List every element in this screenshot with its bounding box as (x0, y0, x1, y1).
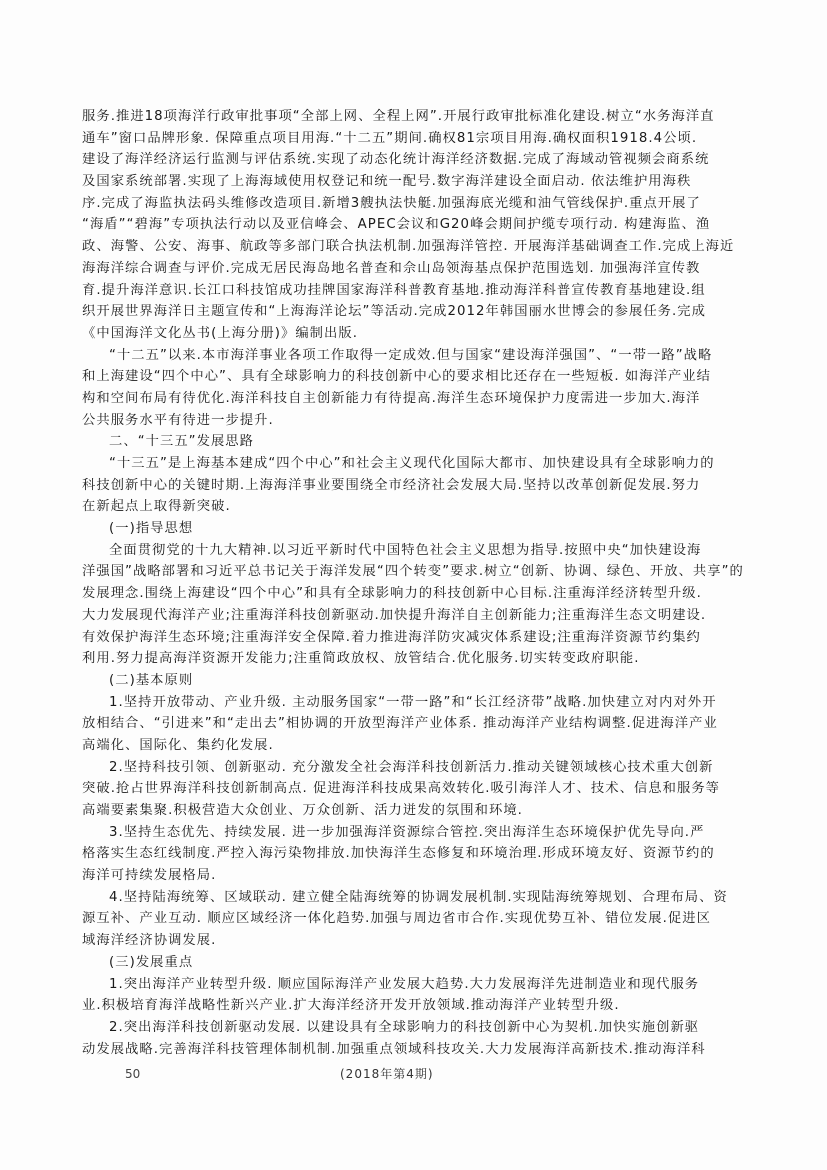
text-line: 1.坚持开放带动、产业升级. 主动服务国家“一带一路”和“长江经济带”战略.加快… (82, 692, 740, 714)
text-line: 政、海警、公安、海事、航政等多部门联合执法机制.加强海洋管控. 开展海洋基础调查… (82, 236, 740, 258)
page-footer: 50 (2018年第4期) (0, 1064, 827, 1084)
text-line: 海海洋综合调查与评价.完成无居民海岛地名普查和佘山岛领海基点保护范围选划. 加强… (82, 258, 740, 280)
body-text: 服务.推进18项海洋行政审批事项“全部上网、全程上网”.开展行政审批标准化建设.… (82, 106, 740, 1060)
text-line: 序.完成了海监执法码头维修改造项目.新增3艘执法快艇.加强海底光缆和油气管线保护… (82, 193, 740, 215)
text-line: 业.积极培育海洋战略性新兴产业.扩大海洋经济开发开放领域.推动海洋产业转型升级. (82, 995, 740, 1017)
text-line: “十二五”以来.本市海洋事业各项工作取得一定成效.但与国家“建设海洋强国”、“一… (82, 345, 740, 367)
text-line: 放相结合、“引进来”和“走出去”相协调的开放型海洋产业体系. 推动海洋产业结构调… (82, 713, 740, 735)
text-line: 在新起点上取得新突破. (82, 496, 740, 518)
text-line: 有效保护海洋生态环境;注重海洋安全保障.着力推进海洋防灾减灾体系建设;注重海洋资… (82, 627, 740, 649)
text-line: 利用.努力提高海洋资源开发能力;注重简政放权、放管结合.优化服务.切实转变政府职… (82, 648, 740, 670)
text-line: 动发展战略.完善海洋科技管理体制机制.加强重点领域科技攻关.大力发展海洋高新技术… (82, 1039, 740, 1061)
text-line: 2.坚持科技引领、创新驱动. 充分激发全社会海洋科技创新活力.推动关键领域核心技… (82, 757, 740, 779)
text-line: 及国家系统部署.实现了上海海域使用权登记和统一配号.数字海洋建设全面启动. 依法… (82, 171, 740, 193)
text-line: 服务.推进18项海洋行政审批事项“全部上网、全程上网”.开展行政审批标准化建设.… (82, 106, 740, 128)
text-line: 高端要素集聚.积极营造大众创业、万众创新、活力迸发的氛围和环境. (82, 800, 740, 822)
text-line: 科技创新中心的关键时期.上海海洋事业要围绕全市经济社会发展大局.坚持以改革创新促… (82, 475, 740, 497)
text-line: “海盾”“碧海”专项执法行动以及亚信峰会、APEC会议和G20峰会期间护缆专项行… (82, 214, 740, 236)
text-line: 和上海建设“四个中心”、具有全球影响力的科技创新中心的要求相比还存在一些短板. … (82, 366, 740, 388)
text-line: 3.坚持生态优先、持续发展. 进一步加强海洋资源综合管控.突出海洋生态环境保护优… (82, 822, 740, 844)
document-page: 服务.推进18项海洋行政审批事项“全部上网、全程上网”.开展行政审批标准化建设.… (0, 0, 827, 1170)
text-line: 织开展世界海洋日主题宣传和“上海海洋论坛”等活动.完成2012年韩国丽水世博会的… (82, 301, 740, 323)
text-line: 1.突出海洋产业转型升级. 顺应国际海洋产业发展大趋势.大力发展海洋先进制造业和… (82, 974, 740, 996)
text-line: 格落实生态红线制度.严控入海污染物排放.加快海洋生态修复和环境治理.形成环境友好… (82, 843, 740, 865)
text-line: (三)发展重点 (82, 952, 740, 974)
text-line: 通车”窗口品牌形象. 保障重点项目用海.“十二五”期间.确权81宗项目用海.确权… (82, 128, 740, 150)
text-line: (二)基本原则 (82, 670, 740, 692)
text-line: 域海洋经济协调发展. (82, 930, 740, 952)
text-line: 发展理念.围绕上海建设“四个中心”和具有全球影响力的科技创新中心目标.注重海洋经… (82, 583, 740, 605)
text-line: 二、“十三五”发展思路 (82, 431, 740, 453)
text-line: 构和空间布局有待优化.海洋科技自主创新能力有待提高.海洋生态环境保护力度需进一步… (82, 388, 740, 410)
text-line: 洋强国”战略部署和习近平总书记关于海洋发展“四个转变”要求.树立“创新、协调、绿… (82, 561, 740, 583)
text-line: 公共服务水平有待进一步提升. (82, 410, 740, 432)
text-line: 全面贯彻党的十九大精神.以习近平新时代中国特色社会主义思想为指导.按照中央“加快… (82, 540, 740, 562)
text-line: 大力发展现代海洋产业;注重海洋科技创新驱动.加快提升海洋自主创新能力;注重海洋生… (82, 605, 740, 627)
page-number: 50 (125, 1064, 140, 1084)
text-line: 2.突出海洋科技创新驱动发展. 以建设具有全球影响力的科技创新中心为契机.加快实… (82, 1017, 740, 1039)
issue-label: (2018年第4期) (340, 1064, 434, 1084)
text-line: (一)指导思想 (82, 518, 740, 540)
text-line: 育.提升海洋意识.长江口科技馆成功挂牌国家海洋科普教育基地.推动海洋科普宣传教育… (82, 280, 740, 302)
text-line: 源互补、产业互动. 顺应区域经济一体化趋势.加强与周边省市合作.实现优势互补、错… (82, 908, 740, 930)
text-line: 《中国海洋文化丛书(上海分册)》编制出版. (82, 323, 740, 345)
text-line: 海洋可持续发展格局. (82, 865, 740, 887)
text-line: 突破.抢占世界海洋科技创新制高点. 促进海洋科技成果高效转化.吸引海洋人才、技术… (82, 778, 740, 800)
text-line: 4.坚持陆海统筹、区域联动. 建立健全陆海统筹的协调发展机制.实现陆海统筹规划、… (82, 887, 740, 909)
text-line: “十三五”是上海基本建成“四个中心”和社会主义现代化国际大都市、加快建设具有全球… (82, 453, 740, 475)
text-line: 高端化、国际化、集约化发展. (82, 735, 740, 757)
text-line: 建设了海洋经济运行监测与评估系统.实现了动态化统计海洋经济数据.完成了海域动管视… (82, 149, 740, 171)
